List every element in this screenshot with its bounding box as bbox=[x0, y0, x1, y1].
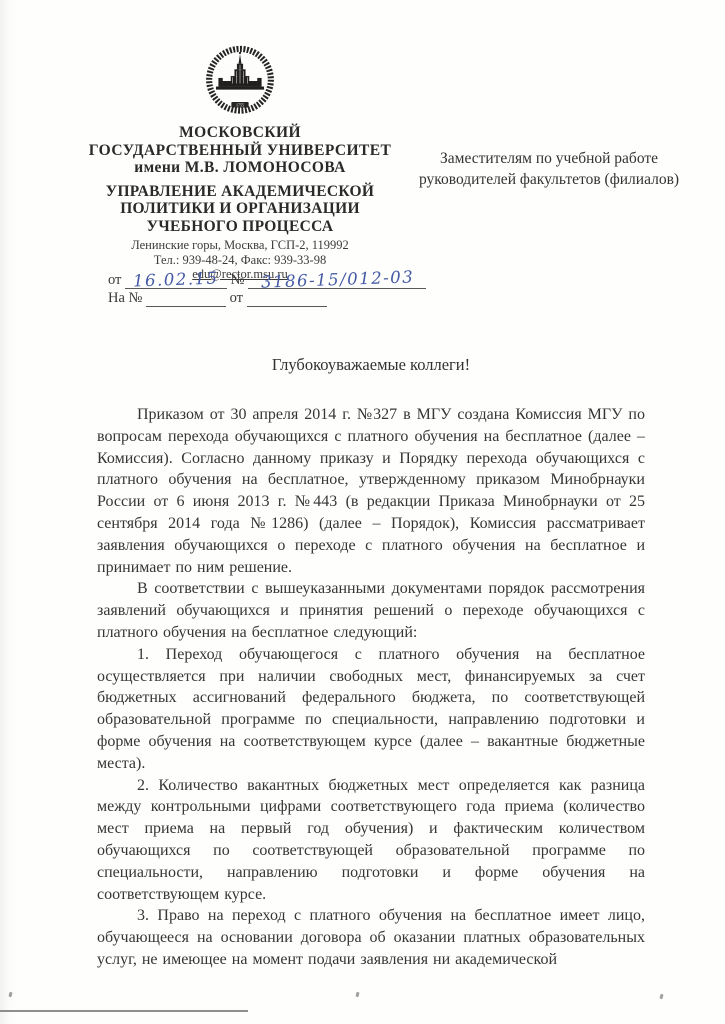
no-label: № bbox=[231, 272, 245, 288]
address-line: Ленинские горы, Москва, ГСП-2, 119992 bbox=[40, 239, 440, 253]
recipient-line1: Заместителям по учебной работе bbox=[381, 148, 717, 169]
reference-block: от 16.02.15 № 3186-15/012-03 На № от bbox=[108, 271, 438, 309]
incoming-date-field bbox=[247, 306, 327, 307]
outgoing-date-field: 16.02.15 bbox=[125, 271, 227, 289]
org-name-line1: МОСКОВСКИЙ bbox=[40, 124, 440, 142]
salutation: Глубокоуважаемые коллеги! bbox=[97, 355, 645, 375]
msu-emblem-icon: 1755 bbox=[203, 44, 277, 118]
dept-name-line1: УПРАВЛЕНИЕ АКАДЕМИЧЕСКОЙ bbox=[40, 183, 440, 201]
incoming-number-field bbox=[146, 306, 226, 307]
handwritten-date: 16.02.15 bbox=[133, 271, 219, 289]
dept-name-line2: ПОЛИТИКИ И ОРГАНИЗАЦИИ bbox=[40, 200, 440, 218]
letter-body: Приказом от 30 апреля 2014 г. №327 в МГУ… bbox=[97, 404, 645, 971]
org-name-line3: имени М.В. ЛОМОНОСОВА bbox=[40, 159, 440, 177]
scan-artifact-mark bbox=[659, 994, 663, 1000]
letterhead: 1755 МОСКОВСКИЙ ГОСУДАРСТВЕННЫЙ УНИВЕРСИ… bbox=[40, 44, 440, 282]
recipient-block: Заместителям по учебной работе руководит… bbox=[381, 148, 717, 190]
outgoing-number-field: 3186-15/012-03 bbox=[248, 271, 426, 289]
scan-artifact-mark bbox=[8, 992, 12, 998]
incoming-ref-row: На № от bbox=[108, 290, 438, 309]
ot-label: от bbox=[108, 272, 121, 288]
recipient-line2: руководителей факультетов (филиалов) bbox=[381, 169, 717, 190]
paragraph-procedure: В соответствии с вышеуказанными документ… bbox=[97, 578, 645, 643]
paragraph-item-3: 3. Право на переход с платного обучения … bbox=[97, 905, 645, 970]
na-ot-label: от bbox=[230, 290, 243, 306]
outgoing-ref-row: от 16.02.15 № 3186-15/012-03 bbox=[108, 271, 438, 290]
emblem-year-label: 1755 bbox=[236, 102, 244, 107]
dept-name-line3: УЧЕБНОГО ПРОЦЕССА bbox=[40, 218, 440, 236]
scan-artifact-mark bbox=[355, 992, 359, 998]
paragraph-item-2: 2. Количество вакантных бюджетных мест о… bbox=[97, 775, 645, 906]
paragraph-intro: Приказом от 30 апреля 2014 г. №327 в МГУ… bbox=[97, 404, 645, 578]
phone-fax-line: Тел.: 939-48-24, Факс: 939-33-98 bbox=[40, 254, 440, 268]
na-label: На № bbox=[108, 290, 142, 306]
org-name-line2: ГОСУДАРСТВЕННЫЙ УНИВЕРСИТЕТ bbox=[40, 142, 440, 160]
handwritten-number: 3186-15/012-03 bbox=[260, 269, 414, 289]
scanned-letter-page: 1755 МОСКОВСКИЙ ГОСУДАРСТВЕННЫЙ УНИВЕРСИ… bbox=[0, 0, 725, 1024]
paragraph-item-1: 1. Переход обучающегося с платного обуче… bbox=[97, 644, 645, 775]
scan-artifact-line bbox=[0, 1010, 248, 1012]
logo-container: 1755 bbox=[40, 44, 440, 118]
